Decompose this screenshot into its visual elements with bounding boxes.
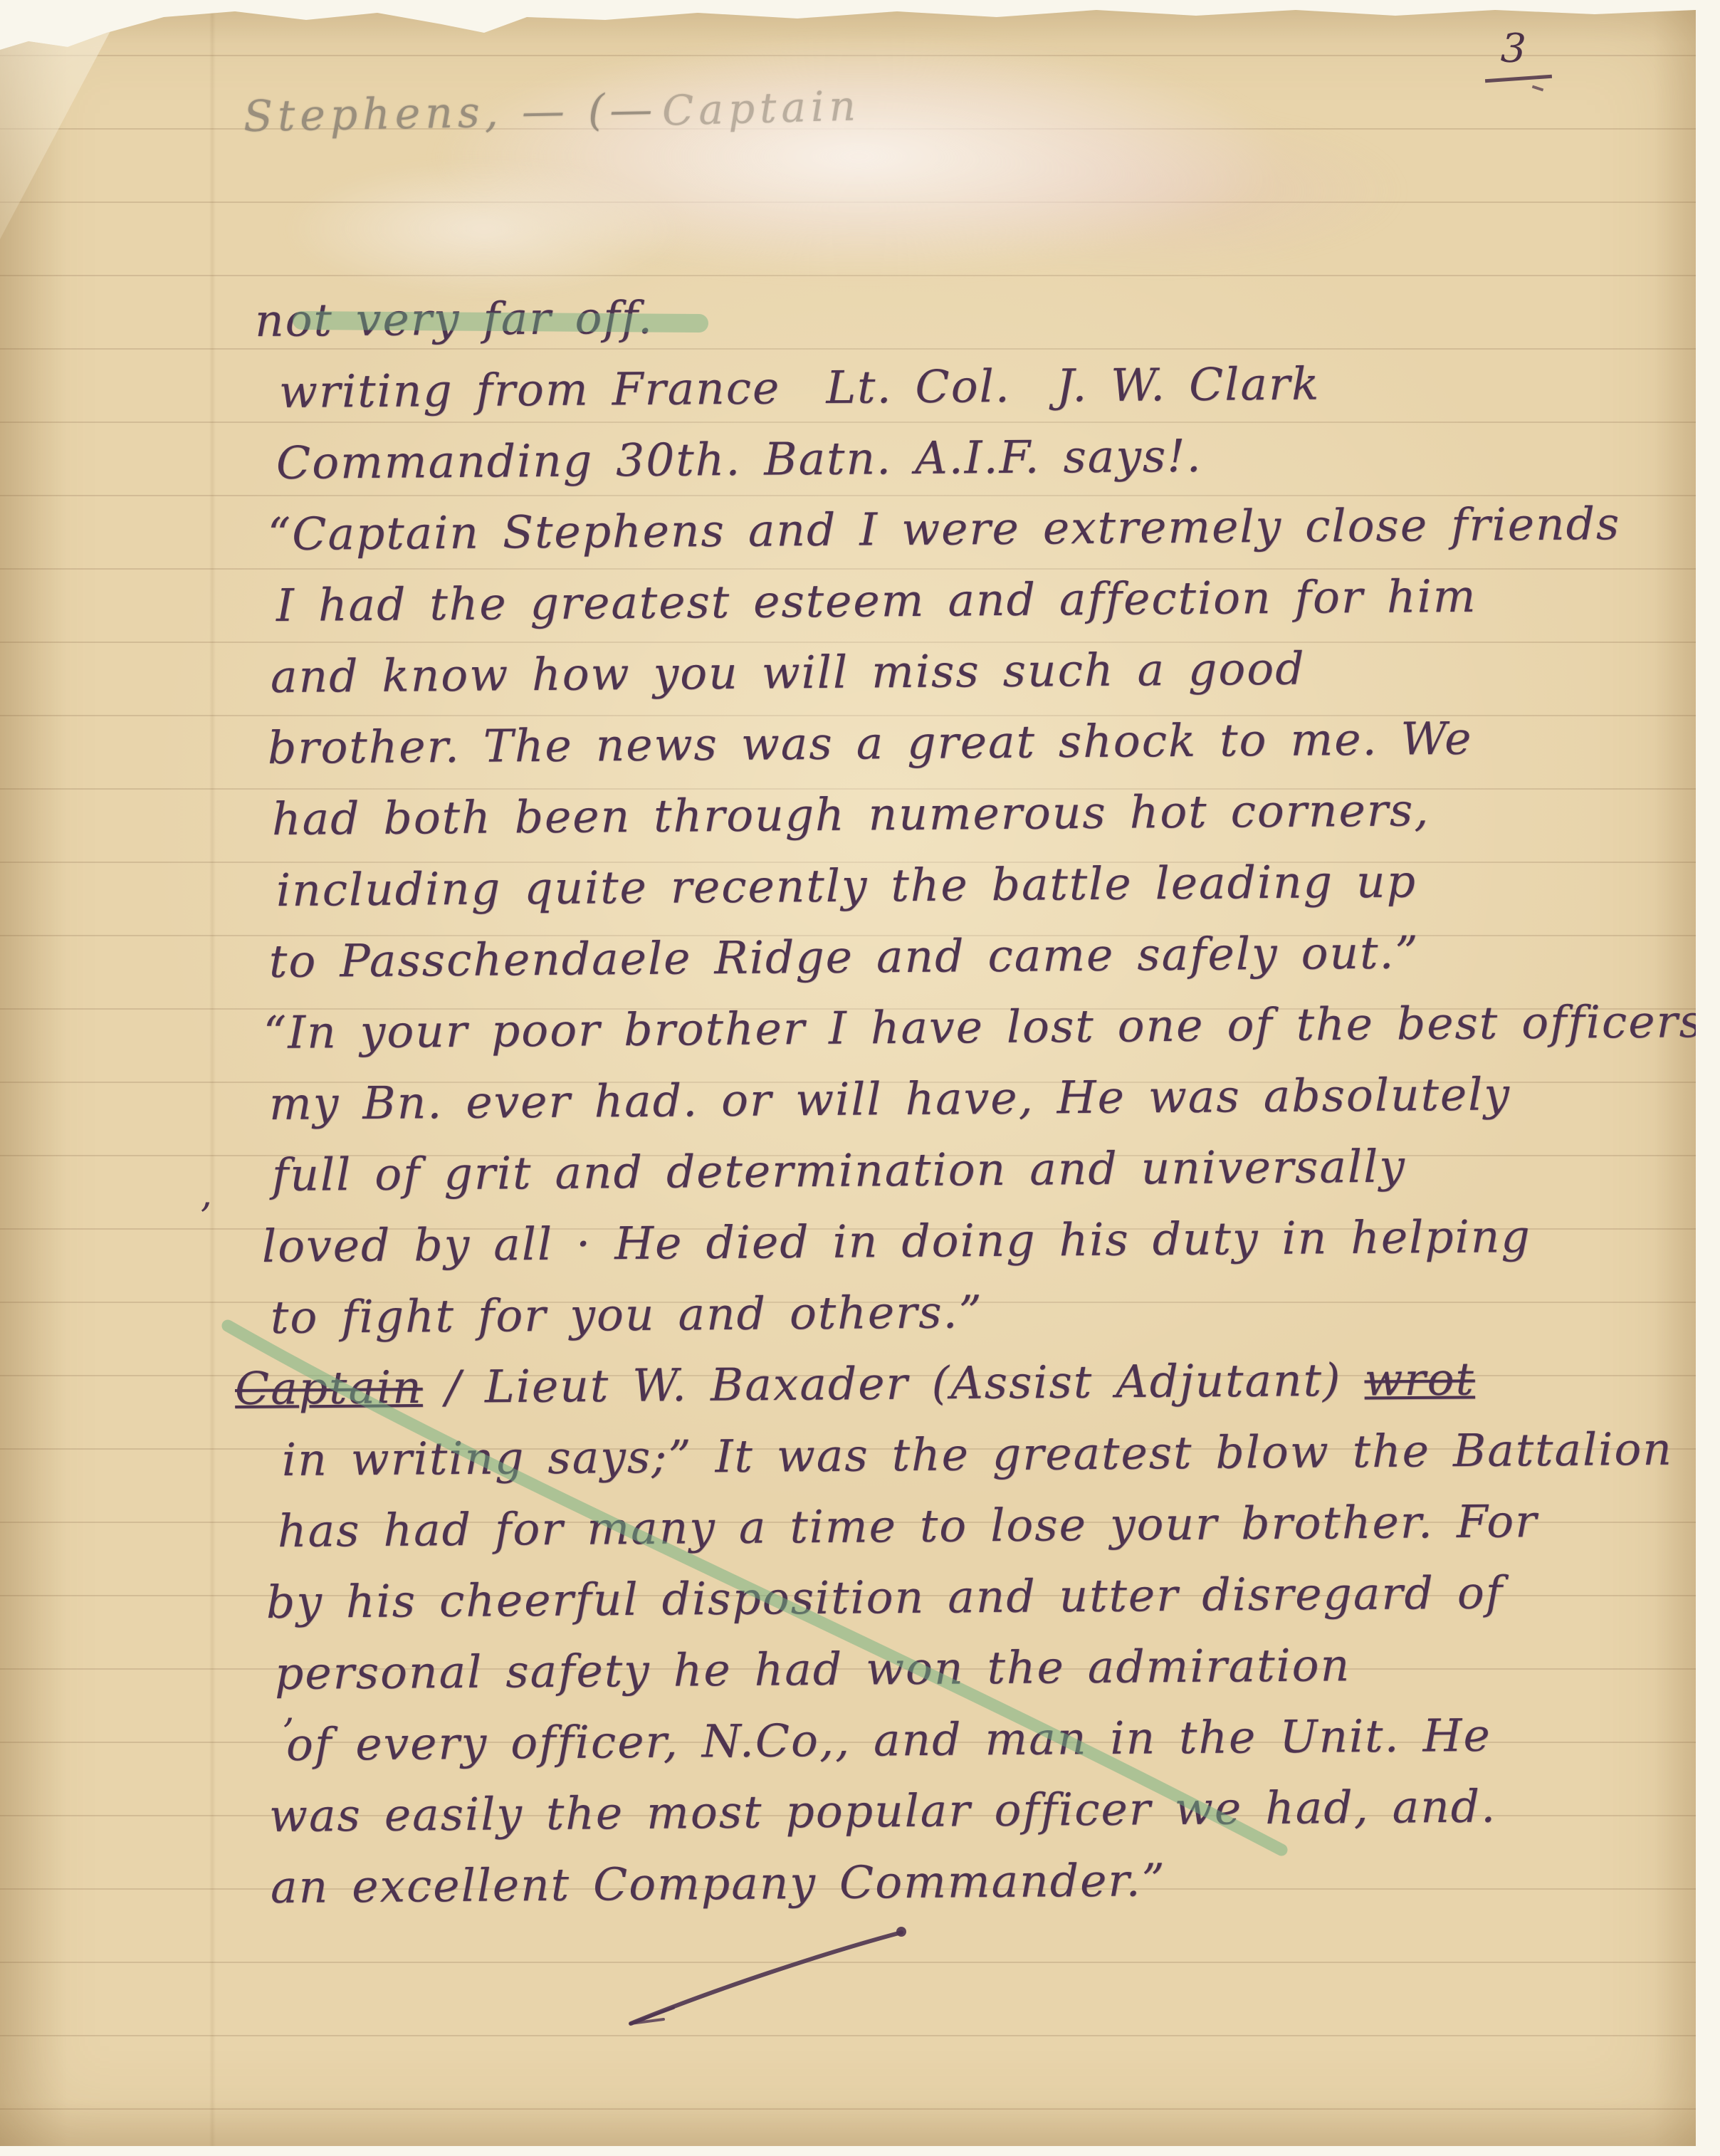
manuscript-line: had both been through numerous hot corne…: [272, 784, 1430, 845]
line-text: writing from France Lt. Col. J. W. Clark: [279, 358, 1321, 418]
line-text: had both been through numerous hot corne…: [272, 784, 1430, 845]
manuscript-line: of every officer, N.Co,, and man in the …: [286, 1710, 1491, 1771]
manuscript-line: my Bn. ever had. or will have, He was ab…: [269, 1068, 1511, 1130]
line-text: including quite recently the battle lead…: [276, 855, 1417, 916]
line-text: an excellent Company Commander.”: [271, 1854, 1166, 1913]
line-text: personal safety he had won the admiratio…: [275, 1639, 1351, 1700]
struck-word: wrot: [1364, 1353, 1475, 1406]
manuscript-line: was easily the most popular officer we h…: [269, 1780, 1497, 1842]
line-text: loved by all · He died in doing his duty…: [262, 1210, 1531, 1272]
line-text: full of grit and determination and unive…: [272, 1140, 1406, 1201]
line-text: and know how you will miss such a good: [271, 643, 1306, 703]
manuscript-line: and know how you will miss such a good: [271, 643, 1306, 703]
margin-tick-mark: ’: [282, 1710, 294, 1755]
line-text: by his cheerful disposition and utter di…: [266, 1566, 1504, 1628]
manuscript-line: full of grit and determination and unive…: [272, 1140, 1406, 1201]
line-text: Commanding 30th. Batn. A.I.F. says!.: [276, 430, 1202, 489]
manuscript-text: not very far off.writing from France Lt.…: [0, 4, 1696, 2146]
line-text: in writing says;” It was the greatest bl…: [282, 1423, 1673, 1486]
manuscript-line: Captain / Lieut W. Baxader (Assist Adjut…: [235, 1353, 1475, 1415]
line-text: brother. The news was a great shock to m…: [268, 713, 1473, 774]
manuscript-line: “In your poor brother I have lost one of…: [263, 995, 1704, 1059]
line-text: has had for many a time to lose your bro…: [278, 1495, 1538, 1557]
manuscript-line: an excellent Company Commander.”: [271, 1854, 1166, 1913]
line-text: not very far off.: [255, 292, 654, 347]
manuscript-line: brother. The news was a great shock to m…: [268, 713, 1473, 774]
manuscript-line: loved by all · He died in doing his duty…: [262, 1210, 1531, 1272]
manuscript-line: personal safety he had won the admiratio…: [275, 1639, 1351, 1700]
line-text: my Bn. ever had. or will have, He was ab…: [269, 1068, 1511, 1130]
manuscript-line: writing from France Lt. Col. J. W. Clark: [279, 358, 1321, 418]
line-text: I had the greatest esteem and affection …: [276, 570, 1477, 632]
manuscript-line: in writing says;” It was the greatest bl…: [282, 1423, 1673, 1486]
manuscript-line: I had the greatest esteem and affection …: [276, 570, 1477, 632]
manuscript-line: by his cheerful disposition and utter di…: [266, 1566, 1504, 1628]
manuscript-line: to Passchendaele Ridge and came safely o…: [269, 926, 1420, 988]
line-text: was easily the most popular officer we h…: [269, 1780, 1497, 1842]
line-text: “In your poor brother I have lost one of…: [263, 995, 1704, 1059]
paper-sheet: Stephens, — (— Captain 3 not very far of…: [0, 4, 1696, 2146]
line-text: to Passchendaele Ridge and came safely o…: [269, 926, 1420, 988]
scanned-page: Stephens, — (— Captain 3 not very far of…: [0, 0, 1720, 2156]
manuscript-line: has had for many a time to lose your bro…: [278, 1495, 1538, 1557]
manuscript-line: Commanding 30th. Batn. A.I.F. says!.: [276, 430, 1202, 489]
manuscript-line: to fight for you and others.”: [271, 1286, 983, 1344]
line-text: of every officer, N.Co,, and man in the …: [286, 1710, 1491, 1771]
line-text: “Captain Stephens and I were extremely c…: [268, 498, 1621, 560]
line-text: to fight for you and others.”: [271, 1286, 983, 1344]
line-text: / Lieut W. Baxader (Assist Adjutant): [422, 1354, 1364, 1413]
manuscript-line: “Captain Stephens and I were extremely c…: [268, 498, 1621, 560]
struck-word: Captain: [235, 1361, 423, 1415]
manuscript-line: including quite recently the battle lead…: [276, 855, 1417, 916]
manuscript-line: not very far off.: [255, 292, 654, 347]
margin-tick-mark: ’: [199, 1195, 211, 1240]
